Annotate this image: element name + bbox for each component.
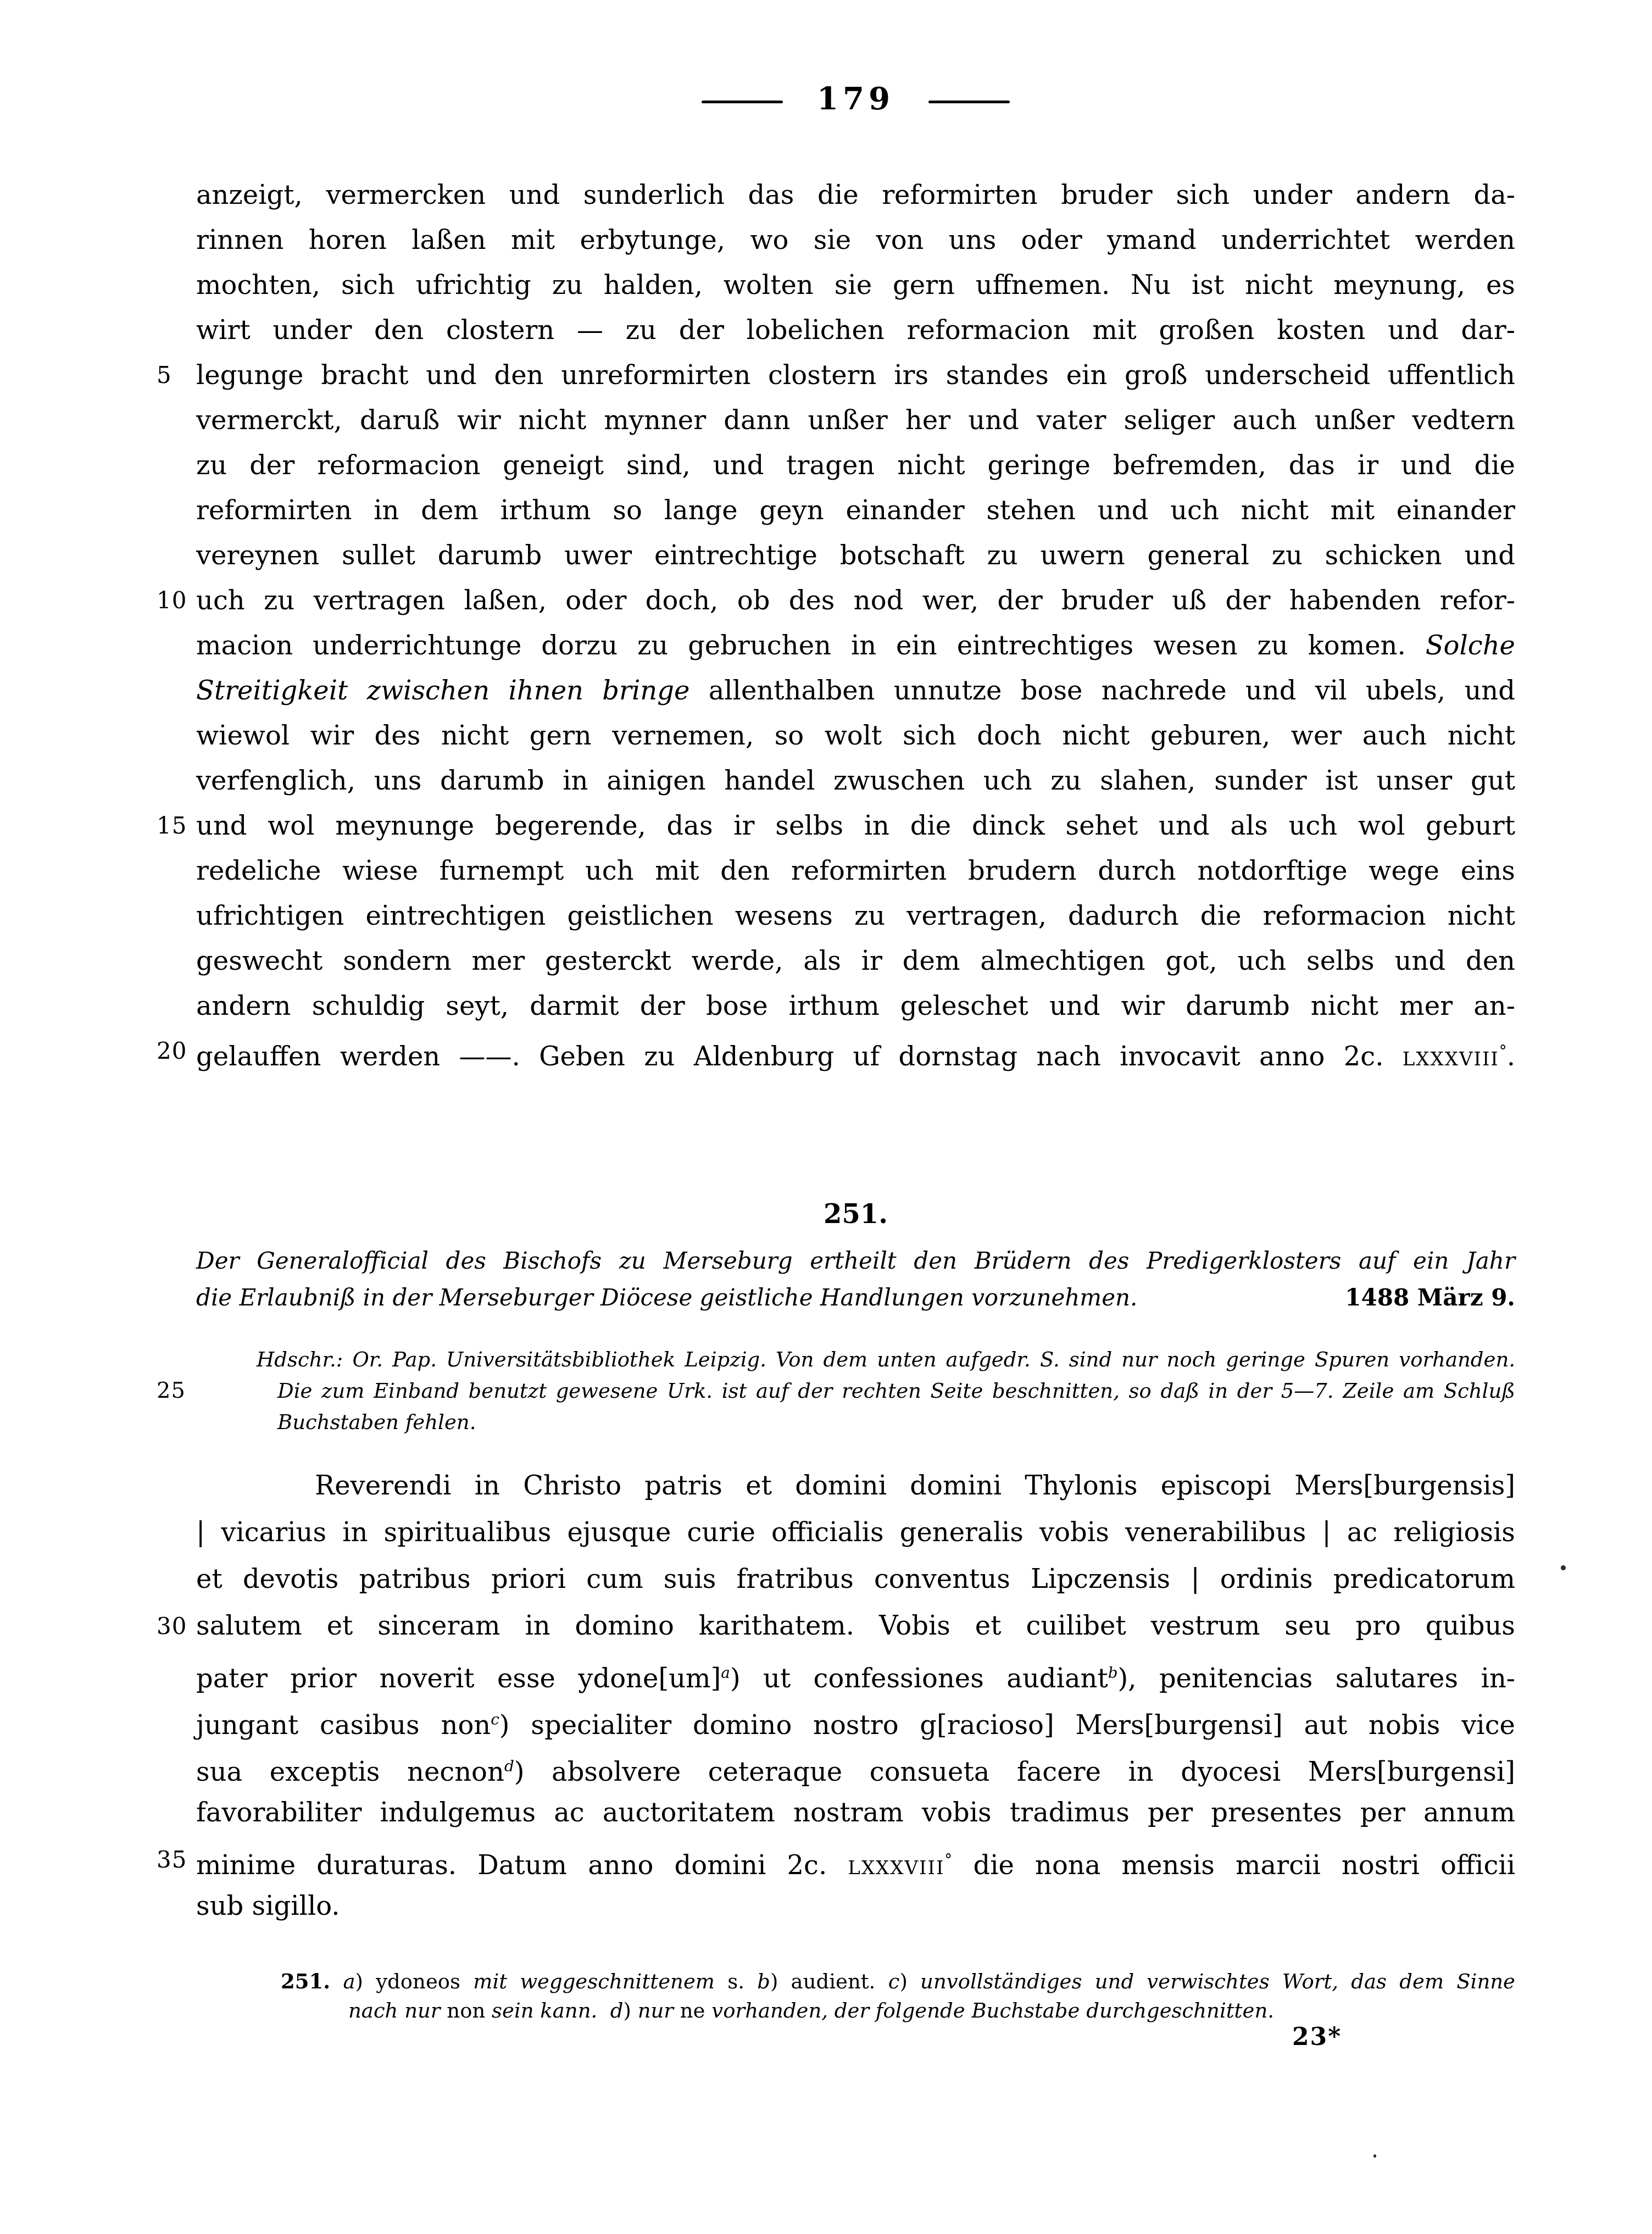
text-segment: gelauffen werden ——. Geben zu Aldenburg … (196, 1041, 1403, 1072)
text-segment: sein kann. (492, 1999, 597, 2022)
text-line: vermerckt, daruß wir nicht mynner dann u… (196, 398, 1515, 443)
margin-line-number: 35 (157, 1836, 192, 1883)
text-segment: 1488 März 9. (1345, 1284, 1515, 1311)
text-segment: anzeigt, vermercken und sunderlich das d… (196, 180, 1515, 210)
text-line: geswecht sondern mer gesterckt werde, al… (196, 938, 1515, 983)
text-line: 30salutem et sinceram in domino karithat… (196, 1603, 1515, 1649)
ink-speck (1373, 2154, 1376, 2158)
text-segment: ) (623, 1999, 637, 2022)
text-line: 20gelauffen werden ——. Geben zu Aldenbur… (196, 1029, 1515, 1074)
text-line: Reverendi in Christo patris et domini do… (196, 1463, 1515, 1509)
text-segment: uch zu vertragen laßen, oder doch, ob de… (196, 585, 1515, 616)
text-segment: nach nur (348, 1999, 441, 2022)
text-segment: d (610, 1999, 624, 2022)
text-segment: die Erlaubniß in der Merseburger Diöcese… (196, 1284, 1137, 1311)
text-line: nach nur non sein kann. d) nur ne vorhan… (348, 1996, 1515, 2025)
text-segment: reformirten in dem irthum so lange geyn … (196, 495, 1515, 526)
text-segment: favorabiliter indulgemus ac auctoritatem… (196, 1797, 1515, 1828)
text-segment: salutem et sinceram in domino karithatem… (196, 1610, 1515, 1641)
text-line: 10uch zu vertragen laßen, oder doch, ob … (196, 578, 1515, 623)
text-segment: Streitigkeit zwischen ihnen bringe (196, 675, 689, 706)
text-segment: Buchstaben fehlen. (277, 1410, 476, 1434)
text-line: sub sigillo. (196, 1883, 1515, 1930)
text-segment: Der Generalofficial des Bischofs zu Mers… (196, 1247, 1515, 1274)
text-segment: verfenglich, uns darumb in ainigen hande… (196, 765, 1515, 796)
text-line: favorabiliter indulgemus ac auctoritatem… (196, 1790, 1515, 1836)
margin-line-number: 20 (157, 1029, 192, 1074)
text-segment: wiewol wir des nicht gern vernemen, so w… (196, 720, 1515, 751)
text-line: die Erlaubniß in der Merseburger Diöcese… (196, 1279, 1515, 1316)
text-line: sua exceptis necnond) absolvere ceteraqu… (196, 1743, 1515, 1790)
text-segment: b (1108, 1664, 1118, 1682)
text-line: anzeigt, vermercken und sunderlich das d… (196, 173, 1515, 218)
text-segment: sub sigillo. (196, 1891, 340, 1921)
text-segment: vereynen sullet darumb uwer eintrechtige… (196, 540, 1515, 571)
entry-summary: Der Generalofficial des Bischofs zu Mers… (196, 1242, 1515, 1316)
text-line: verfenglich, uns darumb in ainigen hande… (196, 758, 1515, 803)
text-segment: mit weggeschnittenem (473, 1970, 715, 1993)
text-segment: ° (944, 1850, 952, 1869)
text-line: macion underrichtunge dorzu zu gebruchen… (196, 623, 1515, 668)
text-segment: . (1507, 1041, 1515, 1072)
text-line: mochten, sich ufrichtig zu halden, wolte… (196, 263, 1515, 308)
text-segment: ) ut confessiones audiant (730, 1663, 1108, 1694)
text-segment: rinnen horen laßen mit erbytunge, wo sie… (196, 225, 1515, 255)
text-segment: c (888, 1970, 900, 1993)
text-segment: minime duraturas. Datum anno domini 2c. (196, 1850, 848, 1881)
printer-signature: 23* (1292, 2023, 1342, 2051)
text-segment: andern schuldig seyt, darmit der bose ir… (196, 991, 1515, 1021)
text-segment: und wol meynunge begerende, das ir selbs… (196, 810, 1515, 841)
text-line: andern schuldig seyt, darmit der bose ir… (196, 983, 1515, 1029)
text-segment: Hdschr.: Or. Pap. Universitätsbibliothek… (257, 1348, 1515, 1371)
text-line: 25Die zum Einband benutzt gewesene Urk. … (277, 1375, 1515, 1407)
text-segment: et devotis patribus priori cum suis frat… (196, 1564, 1515, 1594)
text-segment: Die zum Einband benutzt gewesene Urk. is… (277, 1379, 1515, 1403)
text-line: wirt under den clostern — zu der lobelic… (196, 308, 1515, 353)
entry-body-latin: Reverendi in Christo patris et domini do… (196, 1463, 1515, 1930)
text-segment: Solche (1426, 630, 1515, 661)
text-segment: c (491, 1710, 499, 1729)
text-segment: a (343, 1970, 355, 1993)
page-header: 179 (196, 77, 1515, 121)
manuscript-source-note: Hdschr.: Or. Pap. Universitätsbibliothek… (196, 1344, 1515, 1438)
text-segment: ° (1499, 1042, 1507, 1060)
text-line: jungant casibus nonc) specialiter domino… (196, 1696, 1515, 1743)
text-segment: ufrichtigen eintrechtigen geistlichen we… (196, 901, 1515, 931)
text-line: 15und wol meynunge begerende, das ir sel… (196, 803, 1515, 848)
text-segment: macion underrichtunge dorzu zu gebruchen… (196, 630, 1426, 661)
text-segment: | vicarius in spiritualibus ejusque curi… (196, 1517, 1515, 1548)
text-line: vereynen sullet darumb uwer eintrechtige… (196, 533, 1515, 578)
margin-line-number: 5 (157, 353, 192, 398)
text-segment: mochten, sich ufrichtig zu halden, wolte… (196, 270, 1515, 301)
margin-line-number: 15 (157, 803, 192, 848)
text-segment: legunge bracht und den unreformirten clo… (196, 360, 1515, 391)
text-segment: pater prior noverit esse ydone[um] (196, 1663, 721, 1694)
text-segment: zu der reformacion geneigt sind, und tra… (196, 450, 1515, 481)
text-segment (330, 1970, 343, 1993)
continuation-paragraph: anzeigt, vermercken und sunderlich das d… (196, 173, 1515, 1074)
text-segment: vorhanden, der folgende Buchstabe durchg… (711, 1999, 1274, 2022)
text-segment: 251. (281, 1969, 330, 1993)
text-segment: s. (715, 1970, 757, 1993)
text-line: redeliche wiese furnempt uch mit den ref… (196, 848, 1515, 893)
margin-line-number: 25 (157, 1375, 192, 1407)
text-line: ufrichtigen eintrechtigen geistlichen we… (196, 893, 1515, 938)
text-line: | vicarius in spiritualibus ejusque curi… (196, 1509, 1515, 1556)
text-segment: redeliche wiese furnempt uch mit den ref… (196, 855, 1515, 886)
line-left-part: die Erlaubniß in der Merseburger Diöcese… (196, 1279, 1137, 1316)
text-line: Der Generalofficial des Bischofs zu Mers… (196, 1242, 1515, 1279)
page-number: 179 (817, 81, 894, 117)
line-right-part: 1488 März 9. (1345, 1279, 1515, 1316)
text-segment: lxxxviii (848, 1850, 944, 1881)
text-segment: ) audient. (770, 1970, 888, 1993)
text-segment: ) (899, 1970, 920, 1993)
header-rule-left (702, 101, 783, 103)
text-segment: d (504, 1757, 514, 1775)
text-line: wiewol wir des nicht gern vernemen, so w… (196, 713, 1515, 758)
text-line: zu der reformacion geneigt sind, und tra… (196, 443, 1515, 488)
text-segment: allenthalben unnutze bose nachrede und v… (689, 675, 1515, 706)
text-segment: b (757, 1970, 770, 1993)
text-segment: ne (674, 1999, 711, 2022)
text-segment: wirt under den clostern — zu der lobelic… (196, 315, 1515, 346)
text-segment: die nona mensis marcii nostri officii (952, 1850, 1515, 1881)
text-segment: ) ydoneos (355, 1970, 473, 1993)
text-segment: geswecht sondern mer gesterckt werde, al… (196, 946, 1515, 976)
text-segment: lxxxviii (1403, 1041, 1499, 1072)
text-line: et devotis patribus priori cum suis frat… (196, 1556, 1515, 1603)
text-line: Streitigkeit zwischen ihnen bringe allen… (196, 668, 1515, 713)
text-line: pater prior noverit esse ydone[um]a) ut … (196, 1649, 1515, 1696)
text-segment: non (441, 1999, 492, 2022)
critical-footnotes: 251. a) ydoneos mit weggeschnittenem s. … (196, 1967, 1515, 2025)
entry-number: 251. (196, 1193, 1515, 1235)
text-segment: jungant casibus non (196, 1710, 491, 1741)
text-line: reformirten in dem irthum so lange geyn … (196, 488, 1515, 533)
text-segment: unvollständiges und verwischtes Wort, da… (920, 1970, 1515, 1993)
text-line: 5legunge bracht und den unreformirten cl… (196, 353, 1515, 398)
text-segment: a (721, 1664, 730, 1682)
header-rule-right (928, 101, 1010, 103)
margin-line-number: 10 (157, 578, 192, 623)
text-segment: Reverendi in Christo patris et domini do… (315, 1470, 1515, 1501)
text-line: rinnen horen laßen mit erbytunge, wo sie… (196, 218, 1515, 263)
text-segment: vermerckt, daruß wir nicht mynner dann u… (196, 405, 1515, 436)
text-line: Buchstaben fehlen. (277, 1407, 1515, 1438)
margin-line-number: 30 (157, 1603, 192, 1649)
book-page: 179 anzeigt, vermercken und sunderlich d… (0, 0, 1652, 2234)
text-line: 251. a) ydoneos mit weggeschnittenem s. … (281, 1967, 1515, 1996)
text-segment: nur (638, 1999, 674, 2022)
text-line: Hdschr.: Or. Pap. Universitätsbibliothek… (257, 1344, 1515, 1375)
text-line: 35minime duraturas. Datum anno domini 2c… (196, 1836, 1515, 1883)
text-segment: sua exceptis necnon (196, 1757, 504, 1787)
text-segment: ), penitencias salutares in- (1118, 1663, 1515, 1694)
text-segment: ) absolvere ceteraque consueta facere in… (514, 1757, 1515, 1787)
text-segment: ) specialiter domino nostro g[racioso] M… (499, 1710, 1515, 1741)
ink-speck (1561, 1565, 1566, 1570)
text-segment (597, 1999, 610, 2022)
